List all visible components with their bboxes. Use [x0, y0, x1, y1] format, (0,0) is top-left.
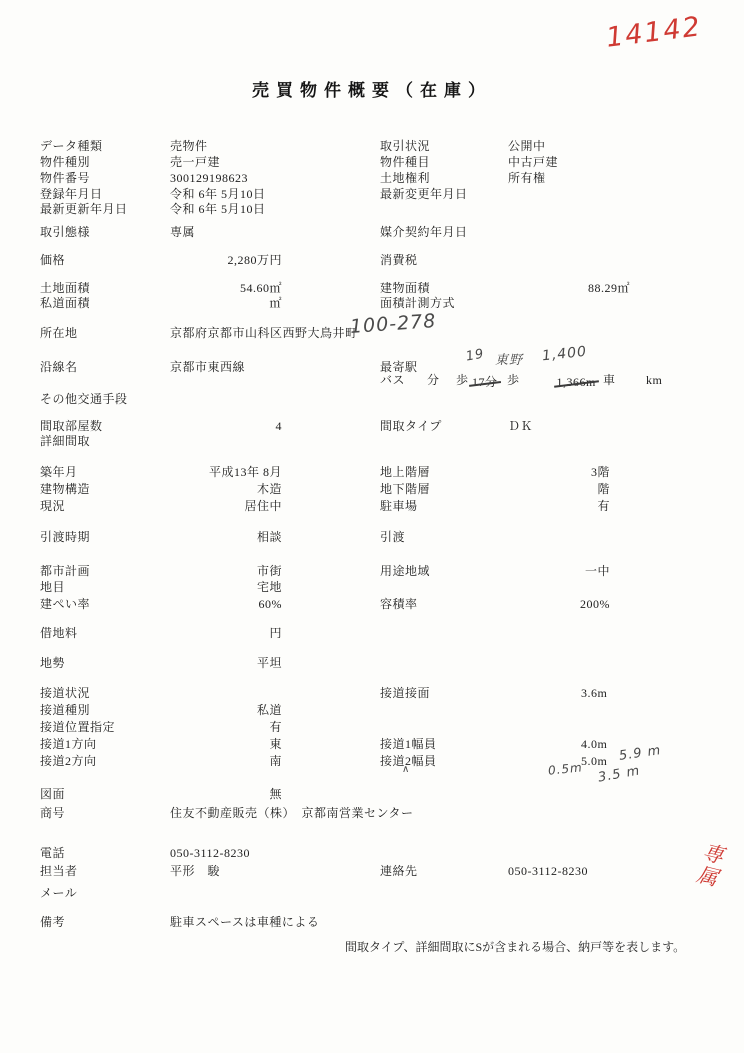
- value2-road-contact-status: 3.6m: [581, 686, 607, 701]
- label-transaction-type: 取引態様: [40, 225, 90, 240]
- label-last-update-date: 最新更新年月日: [40, 202, 128, 217]
- label-handover-timing: 引渡時期: [40, 530, 90, 545]
- label2-road-contact-status: 接道接面: [380, 686, 430, 701]
- label-built-date: 築年月: [40, 465, 78, 480]
- value2-built-date: 3階: [591, 465, 610, 480]
- value-road1-direction: 東: [269, 737, 282, 752]
- label-phone: 電話: [40, 846, 65, 861]
- label-road2-direction: 接道2方向: [40, 754, 97, 769]
- label-land-area: 土地面積: [40, 281, 90, 296]
- value-private-road-area: ㎡: [269, 296, 282, 311]
- label-location: 所在地: [40, 326, 78, 341]
- handwritten-walk-minutes: 19: [465, 347, 486, 366]
- value-road-type: 私道: [257, 703, 282, 718]
- label-property-number: 物件番号: [40, 171, 90, 186]
- label-current-status: 現況: [40, 499, 65, 514]
- label-remarks: 備考: [40, 915, 65, 930]
- label2-property-number: 土地権利: [380, 171, 430, 186]
- label2-structure: 地下階層: [380, 482, 430, 497]
- value-station-access-7: km: [646, 373, 662, 388]
- label-road-position: 接道位置指定: [40, 720, 115, 735]
- value-handover-timing: 相談: [257, 530, 282, 545]
- label2-handover-timing: 引渡: [380, 530, 405, 545]
- value-structure: 木造: [257, 482, 282, 497]
- label-email: メール: [40, 886, 77, 901]
- value-station-access-1: 分: [427, 373, 440, 388]
- value-land-rent: 円: [269, 626, 282, 641]
- value-road-position: 有: [269, 720, 282, 735]
- value-station-access-6: 車: [603, 373, 616, 388]
- value2-data-type: 公開中: [508, 139, 546, 154]
- value-current-status: 居住中: [244, 499, 282, 514]
- label2-contact-person: 連絡先: [380, 864, 418, 879]
- value2-property-category: 中古戸建: [508, 155, 558, 170]
- value-built-date: 平成13年 8月: [209, 465, 282, 480]
- value-last-update-date: 令和 6年 5月10日: [170, 202, 266, 217]
- label-land-category: 地目: [40, 580, 65, 595]
- value-station-access-3: 17分: [472, 375, 498, 390]
- value-company-name: 住友不動産販売（株） 京都南営業センター: [170, 806, 414, 821]
- label-land-rent: 借地料: [40, 626, 78, 641]
- label2-private-road-area: 面積計測方式: [380, 296, 455, 311]
- label2-land-area: 建物面積: [380, 281, 430, 296]
- value-contact-person: 平形 駿: [170, 864, 220, 879]
- footnote: 間取タイプ、詳細間取にSが含まれる場合、納戸等を表します。: [345, 938, 685, 955]
- value-data-type: 売物件: [170, 139, 208, 154]
- handwritten-lot-number: 100-278: [349, 310, 437, 340]
- value-property-number: 300129198623: [170, 171, 248, 186]
- value-station-access-5: 1,366m: [557, 375, 596, 390]
- value-station-access-4: 歩: [507, 373, 520, 388]
- label-room-count: 間取部屋数: [40, 419, 103, 434]
- label-contact-person: 担当者: [40, 864, 78, 879]
- handwritten-stamp: 専属: [691, 840, 728, 891]
- document-page: 売買物件概要（在庫） データ種類売物件取引状況公開中物件種別売一戸建物件種目中古…: [0, 0, 744, 1053]
- value-building-coverage: 60%: [259, 597, 283, 612]
- handwritten-station-name: 東野: [495, 353, 523, 369]
- label-drawing: 図面: [40, 787, 65, 802]
- value-transaction-type: 専属: [170, 225, 195, 240]
- label-price: 価格: [40, 253, 65, 268]
- value-price: 2,280万円: [227, 253, 282, 268]
- value2-city-planning: 一中: [585, 564, 610, 579]
- value-land-category: 宅地: [257, 580, 282, 595]
- label2-data-type: 取引状況: [380, 139, 430, 154]
- label2-property-category: 物件種目: [380, 155, 430, 170]
- value-station-access-0: バス: [380, 373, 405, 388]
- label-registration-date: 登録年月日: [40, 187, 103, 202]
- value2-building-coverage: 200%: [580, 597, 610, 612]
- value2-structure: 階: [597, 482, 610, 497]
- label2-current-status: 駐車場: [380, 499, 418, 514]
- value-phone: 050-3112-8230: [170, 846, 250, 861]
- value-drawing: 無: [269, 787, 282, 802]
- value-property-category: 売一戸建: [170, 155, 220, 170]
- label2-registration-date: 最新変更年月日: [380, 187, 468, 202]
- value2-contact-person: 050-3112-8230: [508, 864, 588, 879]
- label-private-road-area: 私道面積: [40, 296, 90, 311]
- label2-price: 消費税: [380, 253, 418, 268]
- label-road-type: 接道種別: [40, 703, 90, 718]
- label-road-contact-status: 接道状況: [40, 686, 90, 701]
- label-data-type: データ種類: [40, 139, 103, 154]
- value2-room-count: ＤＫ: [508, 419, 533, 434]
- label2-room-count: 間取タイプ: [380, 419, 442, 434]
- handwritten-caret-mark: ∧: [402, 764, 410, 777]
- value2-land-area: 88.29㎡: [588, 281, 630, 296]
- label-city-planning: 都市計画: [40, 564, 90, 579]
- label2-building-coverage: 容積率: [380, 597, 418, 612]
- value-room-count: 4: [276, 419, 283, 434]
- value-city-planning: 市街: [257, 564, 282, 579]
- value2-road2-direction: 5.0m: [581, 754, 607, 769]
- handwritten-width-a: 0.5m: [547, 760, 583, 779]
- label-floorplan-detail: 詳細間取: [40, 434, 90, 449]
- label-property-category: 物件種別: [40, 155, 90, 170]
- label-road1-direction: 接道1方向: [40, 737, 97, 752]
- property-form: データ種類売物件取引状況公開中物件種別売一戸建物件種目中古戸建物件番号30012…: [0, 0, 744, 18]
- value-land-area: 54.60㎡: [240, 281, 282, 296]
- handwritten-distance: 1,400: [541, 344, 588, 366]
- label-topography: 地勢: [40, 656, 65, 671]
- value-road2-direction: 南: [269, 754, 282, 769]
- value2-current-status: 有: [597, 499, 610, 514]
- label-building-coverage: 建ぺい率: [40, 597, 90, 612]
- label-rail-line: 沿線名: [40, 360, 78, 375]
- value2-road1-direction: 4.0m: [581, 737, 607, 752]
- value-topography: 平坦: [257, 656, 282, 671]
- label2-city-planning: 用途地域: [380, 564, 430, 579]
- label2-built-date: 地上階層: [380, 465, 430, 480]
- page-title: 売買物件概要（在庫）: [0, 76, 744, 101]
- value-location: 京都府京都市山科区西野大鳥井町: [170, 326, 358, 341]
- value2-property-number: 所有権: [508, 171, 546, 186]
- label2-transaction-type: 媒介契約年月日: [380, 225, 468, 240]
- label-structure: 建物構造: [40, 482, 90, 497]
- value-rail-line: 京都市東西線: [170, 360, 245, 375]
- handwritten-road2-width: 5.9 m: [618, 743, 662, 765]
- label-company-name: 商号: [40, 806, 65, 821]
- value-station-access-2: 歩: [456, 373, 469, 388]
- value-registration-date: 令和 6年 5月10日: [170, 187, 266, 202]
- label-other-transport: その他交通手段: [40, 392, 128, 407]
- label2-road1-direction: 接道1幅員: [380, 737, 437, 752]
- value-remarks: 駐車スペースは車種による: [170, 915, 319, 930]
